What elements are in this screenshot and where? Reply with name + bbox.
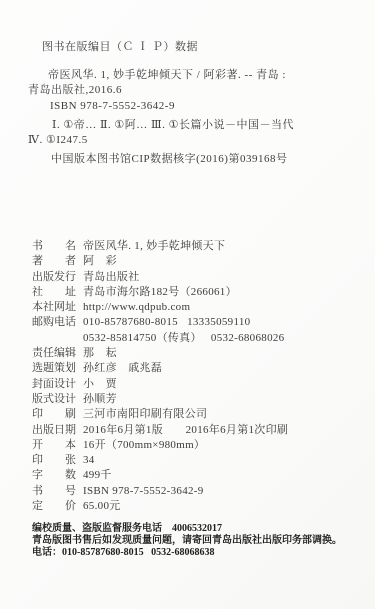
pub-row-value: 阿 彩 — [83, 254, 117, 269]
pub-row-value: 65.00元 — [83, 499, 121, 514]
pub-row-label: 印张 — [32, 453, 76, 468]
pub-row-value: 青岛市海尔路182号（266061） — [83, 285, 237, 300]
pub-row-value: ISBN 978-7-5552-3642-9 — [83, 484, 204, 499]
pub-row-label: 著者 — [32, 254, 76, 269]
pub-row-value: 青岛出版社 — [83, 270, 140, 285]
pub-row-fax-phone: 0532-85814750（传真） 0532-68068026 — [32, 331, 365, 346]
quality-notice-section: 编校质量、盗版监督服务电话 4006532017 青岛版图书售后如发现质量问题，… — [32, 523, 365, 559]
pub-row-label: 定价 — [32, 499, 76, 514]
pub-row-author: 著者 阿 彩 — [32, 254, 365, 269]
pub-row-layout-design: 版式设计 孙顺芳 — [32, 392, 365, 407]
pub-row-sheets: 印张 34 — [32, 453, 365, 468]
cip-heading: 图书在版编目（Ｃ Ｉ Ｐ）数据 — [42, 40, 359, 55]
service-phone-line: 电话：010-85787680-8015 0532-68068638 — [32, 547, 365, 559]
pub-row-printer: 印刷 三河市南阳印刷有限公司 — [32, 407, 365, 422]
pub-row-topic-planning: 选题策划 孙红彦 戚兆磊 — [32, 361, 365, 376]
cip-section: 图书在版编目（Ｃ Ｉ Ｐ）数据 帝医风华. 1, 妙手乾坤倾天下 / 阿彩著. … — [28, 40, 359, 167]
pub-row-publication-date: 出版日期 2016年6月第1版 2016年6月第1次印刷 — [32, 423, 365, 438]
pub-row-word-count: 字数 499千 — [32, 468, 365, 483]
pub-row-label: 出版发行 — [32, 270, 76, 285]
pub-row-label: 版式设计 — [32, 392, 76, 407]
pub-row-value: 小 贾 — [83, 377, 117, 392]
return-policy-line: 青岛版图书售后如发现质量问题，请寄回青岛出版社出版印务部调换。 — [32, 535, 365, 547]
pub-row-address: 社址 青岛市海尔路182号（266061） — [32, 285, 365, 300]
pub-row-value: 499千 — [83, 468, 112, 483]
quality-hotline-line: 编校质量、盗版监督服务电话 4006532017 — [32, 523, 365, 535]
cip-isbn-line: ISBN 978-7-5552-3642-9 — [50, 99, 359, 114]
pub-row-cover-design: 封面设计 小 贾 — [32, 377, 365, 392]
pub-row-label: 书名 — [32, 239, 76, 254]
cip-classification-line1: Ⅰ. ①帝… Ⅱ. ①阿… Ⅲ. ①长篇小说－中国－当代 — [52, 118, 359, 133]
pub-row-value: 帝医风华. 1, 妙手乾坤倾天下 — [83, 239, 225, 254]
pub-row-website: 本社网址 http://www.qdpub.com — [32, 300, 365, 315]
pub-row-publisher: 出版发行 青岛出版社 — [32, 270, 365, 285]
pub-row-value: 16开（700mm×980mm） — [83, 438, 205, 453]
pub-row-label: 选题策划 — [32, 361, 76, 376]
pub-row-label: 邮购电话 — [32, 315, 76, 330]
pub-row-book-number: 书号 ISBN 978-7-5552-3642-9 — [32, 484, 365, 499]
pub-row-value: http://www.qdpub.com — [83, 300, 190, 315]
pub-row-price: 定价 65.00元 — [32, 499, 365, 514]
pub-row-value: 三河市南阳印刷有限公司 — [83, 407, 207, 422]
pub-row-mail-order-phone: 邮购电话 010-85787680-8015 13335059110 — [32, 315, 365, 330]
cip-title-line1: 帝医风华. 1, 妙手乾坤倾天下 / 阿彩著. -- 青岛 : — [48, 68, 359, 83]
pub-row-label: 书号 — [32, 484, 76, 499]
pub-row-label: 责任编辑 — [32, 346, 76, 361]
cip-title-line2: 青岛出版社,2016.6 — [28, 83, 359, 98]
pub-row-value: 34 — [83, 453, 95, 468]
pub-row-label: 社址 — [32, 285, 76, 300]
cip-registry-line: 中国版本图书馆CIP数据核字(2016)第039168号 — [51, 152, 359, 167]
pub-row-label: 字数 — [32, 468, 76, 483]
pub-row-label: 印刷 — [32, 407, 76, 422]
pub-row-value: 0532-85814750（传真） 0532-68068026 — [83, 331, 284, 346]
publication-info-section: 书名 帝医风华. 1, 妙手乾坤倾天下 著者 阿 彩 出版发行 青岛出版社 社址… — [32, 239, 365, 514]
pub-row-value: 孙红彦 戚兆磊 — [83, 361, 162, 376]
pub-row-label: 开本 — [32, 438, 76, 453]
pub-row-label: 出版日期 — [32, 423, 76, 438]
pub-row-value: 010-85787680-8015 13335059110 — [83, 315, 250, 330]
pub-row-value: 2016年6月第1版 2016年6月第1次印刷 — [83, 423, 288, 438]
cip-classification-line2: Ⅳ. ①I247.5 — [28, 133, 359, 148]
pub-row-book-title: 书名 帝医风华. 1, 妙手乾坤倾天下 — [32, 239, 365, 254]
copyright-page: 图书在版编目（Ｃ Ｉ Ｐ）数据 帝医风华. 1, 妙手乾坤倾天下 / 阿彩著. … — [0, 0, 375, 609]
pub-row-value: 孙顺芳 — [83, 392, 117, 407]
pub-row-responsible-editor: 责任编辑 那 耘 — [32, 346, 365, 361]
pub-row-value: 那 耘 — [83, 346, 117, 361]
pub-row-format: 开本 16开（700mm×980mm） — [32, 438, 365, 453]
pub-row-label: 本社网址 — [32, 300, 76, 315]
pub-row-label: 封面设计 — [32, 377, 76, 392]
